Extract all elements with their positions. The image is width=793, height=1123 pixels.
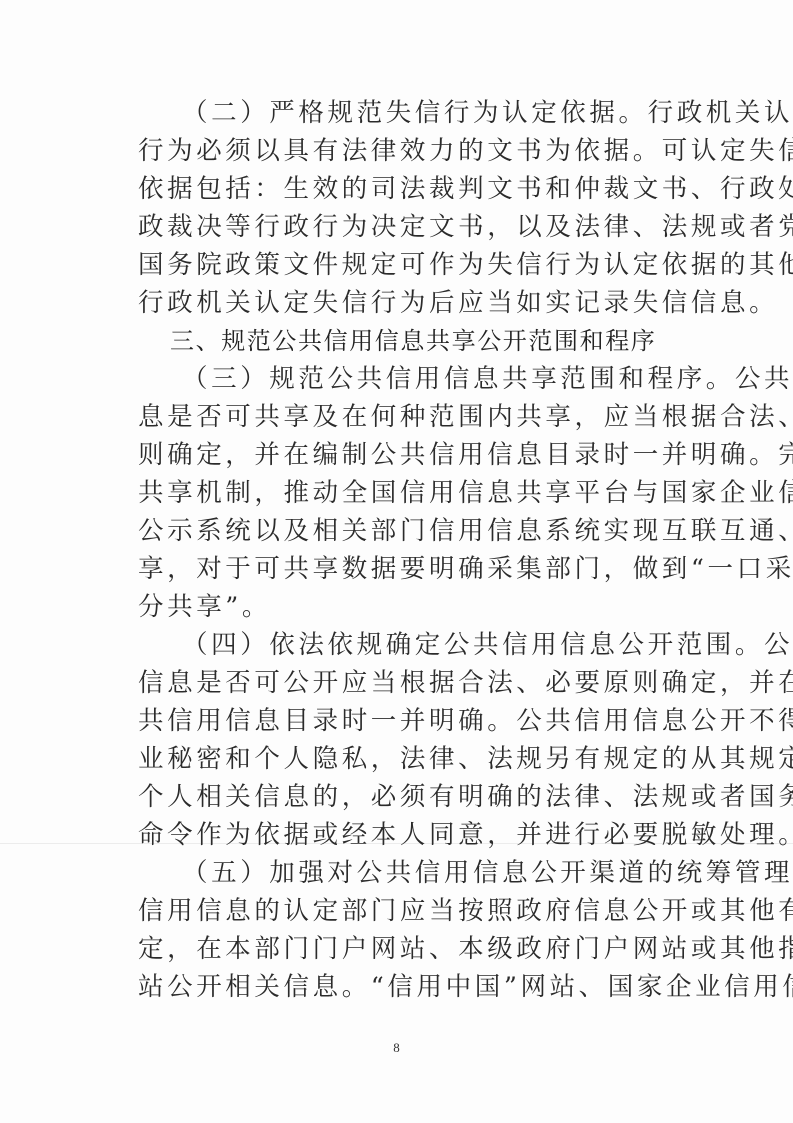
paragraph-4-line-2: 信息是否可公开应当根据合法、必要原则确定，并在编制公 bbox=[138, 664, 670, 702]
paragraph-3-line-7: 分共享”。 bbox=[138, 588, 670, 626]
paragraph-4-line-1: （四）依法依规确定公共信用信息公开范围。公共信用 bbox=[182, 626, 670, 664]
paragraph-4-line-3: 共信用信息目录时一并明确。公共信用信息公开不得侵犯商 bbox=[138, 702, 670, 740]
paragraph-5-line-3: 定，在本部门门户网站、本级政府门户网站或其他指定的网 bbox=[138, 930, 670, 968]
page-number: 8 bbox=[0, 1040, 793, 1056]
paragraph-2-line-2: 行为必须以具有法律效力的文书为依据。可认定失信行为的 bbox=[138, 132, 670, 170]
paragraph-3-line-1: （三）规范公共信用信息共享范围和程序。公共信用信 bbox=[182, 360, 670, 398]
paragraph-2-line-1: （二）严格规范失信行为认定依据。行政机关认定失信 bbox=[182, 94, 670, 132]
paragraph-4-line-5: 个人相关信息的，必须有明确的法律、法规或者国务院决定、 bbox=[138, 778, 670, 816]
paragraph-2-line-5: 国务院政策文件规定可作为失信行为认定依据的其他文书。 bbox=[138, 246, 670, 284]
paragraph-3-line-6: 享，对于可共享数据要明确采集部门，做到“一口采集、充 bbox=[138, 550, 670, 588]
paragraph-5-line-2: 信用信息的认定部门应当按照政府信息公开或其他有关规 bbox=[138, 892, 670, 930]
paragraph-2-line-4: 政裁决等行政行为决定文书，以及法律、法规或者党中央、 bbox=[138, 208, 670, 246]
paragraph-5-line-1: （五）加强对公共信用信息公开渠道的统筹管理。公共 bbox=[182, 854, 670, 892]
document-page: （二）严格规范失信行为认定依据。行政机关认定失信 行为必须以具有法律效力的文书为… bbox=[0, 0, 793, 1123]
paragraph-5-line-4: 站公开相关信息。“信用中国”网站、国家企业信用信息公 bbox=[138, 968, 670, 1006]
paragraph-4-line-4: 业秘密和个人隐私，法律、法规另有规定的从其规定。公开 bbox=[138, 740, 670, 778]
paragraph-3-line-5: 公示系统以及相关部门信用信息系统实现互联互通、数据共 bbox=[138, 512, 670, 550]
paragraph-3-line-4: 共享机制，推动全国信用信息共享平台与国家企业信用信息 bbox=[138, 474, 670, 512]
section-3-heading: 三、规范公共信用信息共享公开范围和程序 bbox=[170, 322, 656, 360]
paragraph-2-line-6: 行政机关认定失信行为后应当如实记录失信信息。 bbox=[138, 284, 670, 322]
paragraph-2-line-3: 依据包括：生效的司法裁判文书和仲裁文书、行政处罚和行 bbox=[138, 170, 670, 208]
paragraph-3-line-3: 则确定，并在编制公共信用信息目录时一并明确。完善信息 bbox=[138, 436, 670, 474]
paragraph-4-line-6: 命令作为依据或经本人同意，并进行必要脱敏处理。 bbox=[138, 816, 670, 854]
paragraph-3-line-2: 息是否可共享及在何种范围内共享，应当根据合法、必要原 bbox=[138, 398, 670, 436]
